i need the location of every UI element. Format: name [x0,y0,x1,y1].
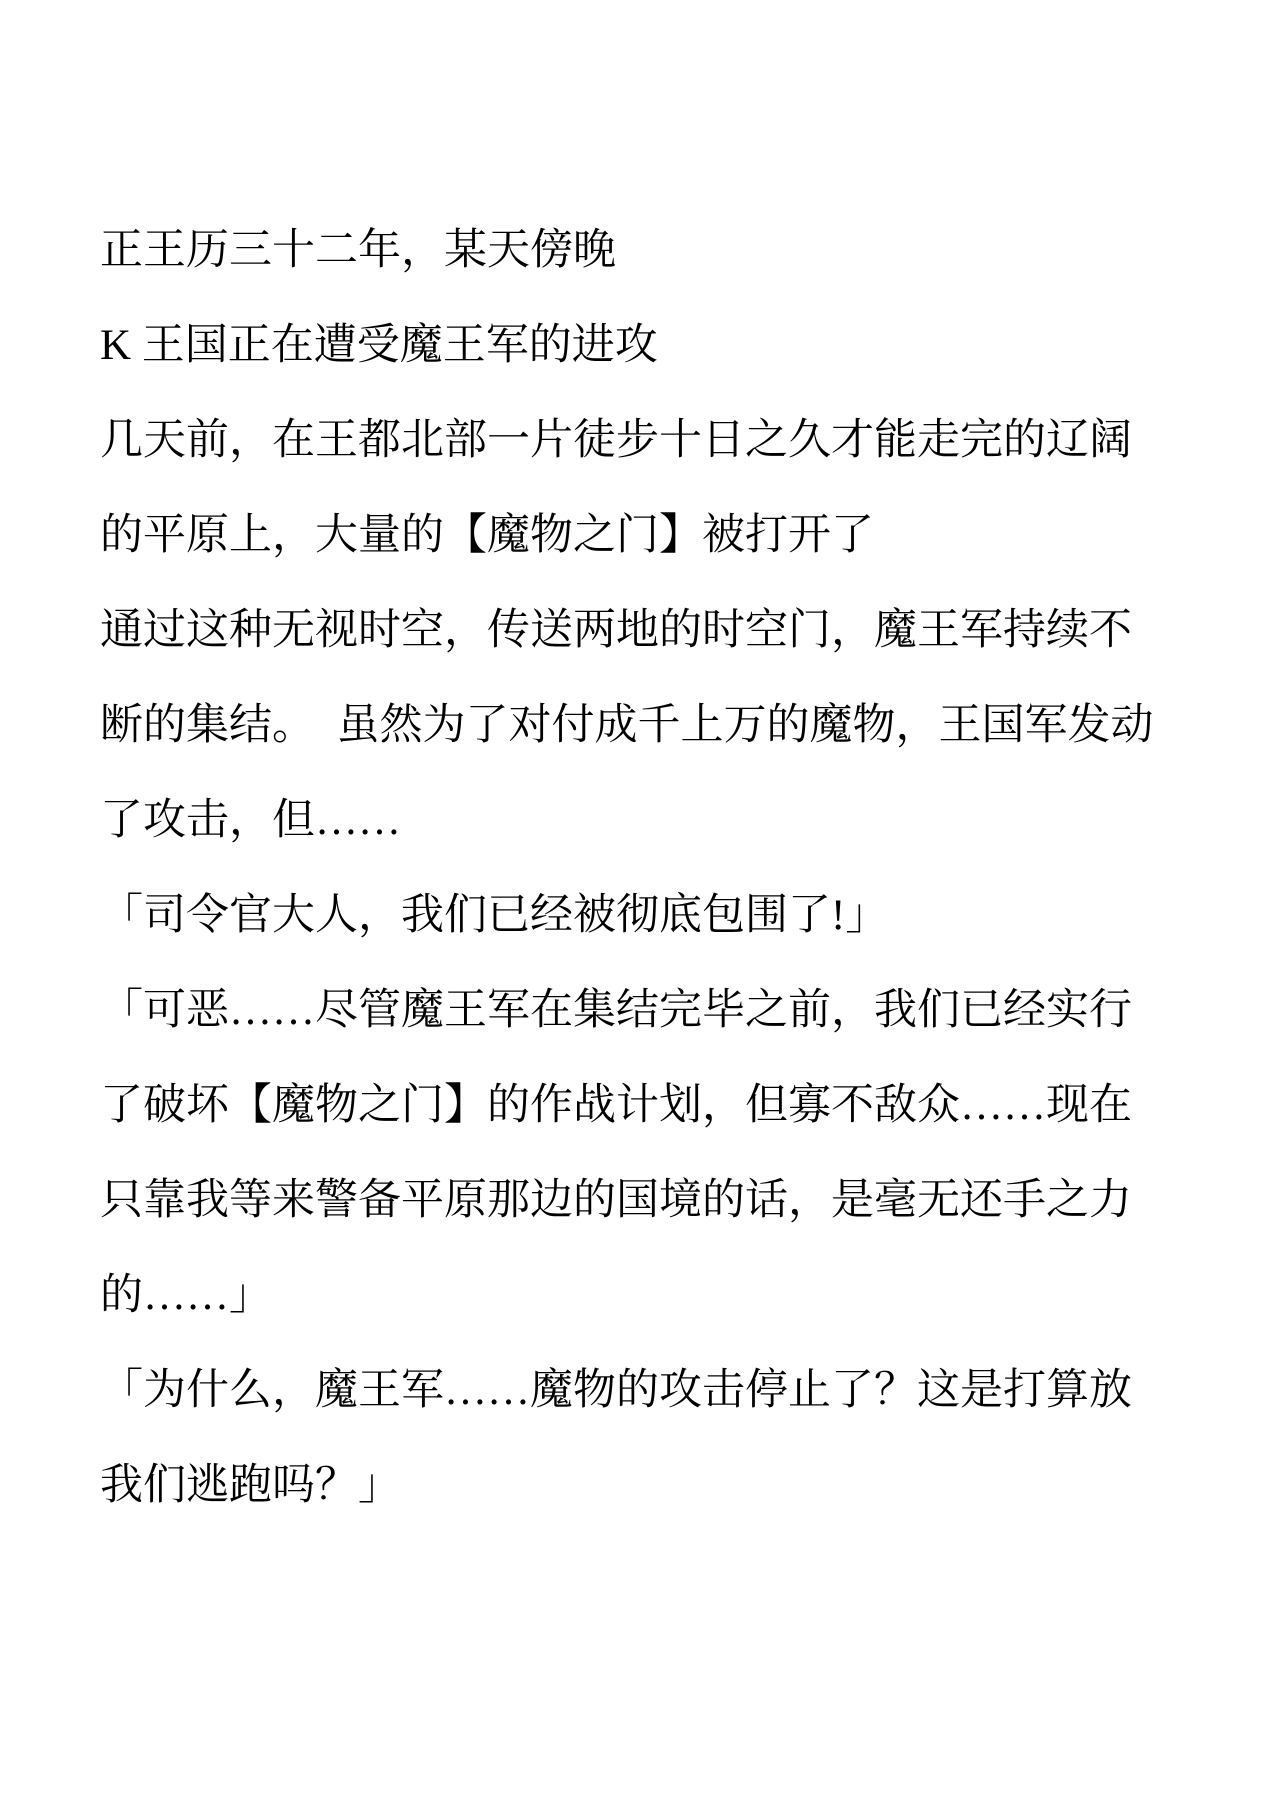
text-line: 只靠我等来警备平原那边的国境的话，是毫无还手之力 [100,1153,1205,1248]
document-page: 正王历三十二年，某天傍晚 K 王国正在遭受魔王军的进攻 几天前，在王都北部一片徒… [0,0,1280,1816]
text-line: 的平原上，大量的【魔物之门】被打开了 [100,488,1205,583]
text-line: K 王国正在遭受魔王军的进攻 [100,298,1205,393]
text-line: 几天前，在王都北部一片徒步十日之久才能走完的辽阔 [100,393,1205,488]
text-line: 正王历三十二年，某天傍晚 [100,203,1205,298]
text-line: 「为什么，魔王军……魔物的攻击停止了？这是打算放 [100,1343,1205,1438]
text-line: 断的集结。 虽然为了对付成千上万的魔物，王国军发动 [100,678,1205,773]
text-line: 了破坏【魔物之门】的作战计划，但寡不敌众……现在 [100,1058,1205,1153]
text-line: 的……」 [100,1248,1205,1343]
text-line: 我们逃跑吗？」 [100,1438,1205,1533]
text-line: 「可恶……尽管魔王军在集结完毕之前，我们已经实行 [100,963,1205,1058]
text-line: 通过这种无视时空，传送两地的时空门，魔王军持续不 [100,583,1205,678]
text-line: 「司令官大人，我们已经被彻底包围了!」 [100,868,1205,963]
novel-text: 正王历三十二年，某天傍晚 K 王国正在遭受魔王军的进攻 几天前，在王都北部一片徒… [100,203,1205,1533]
text-line: 了攻击，但…… [100,773,1205,868]
